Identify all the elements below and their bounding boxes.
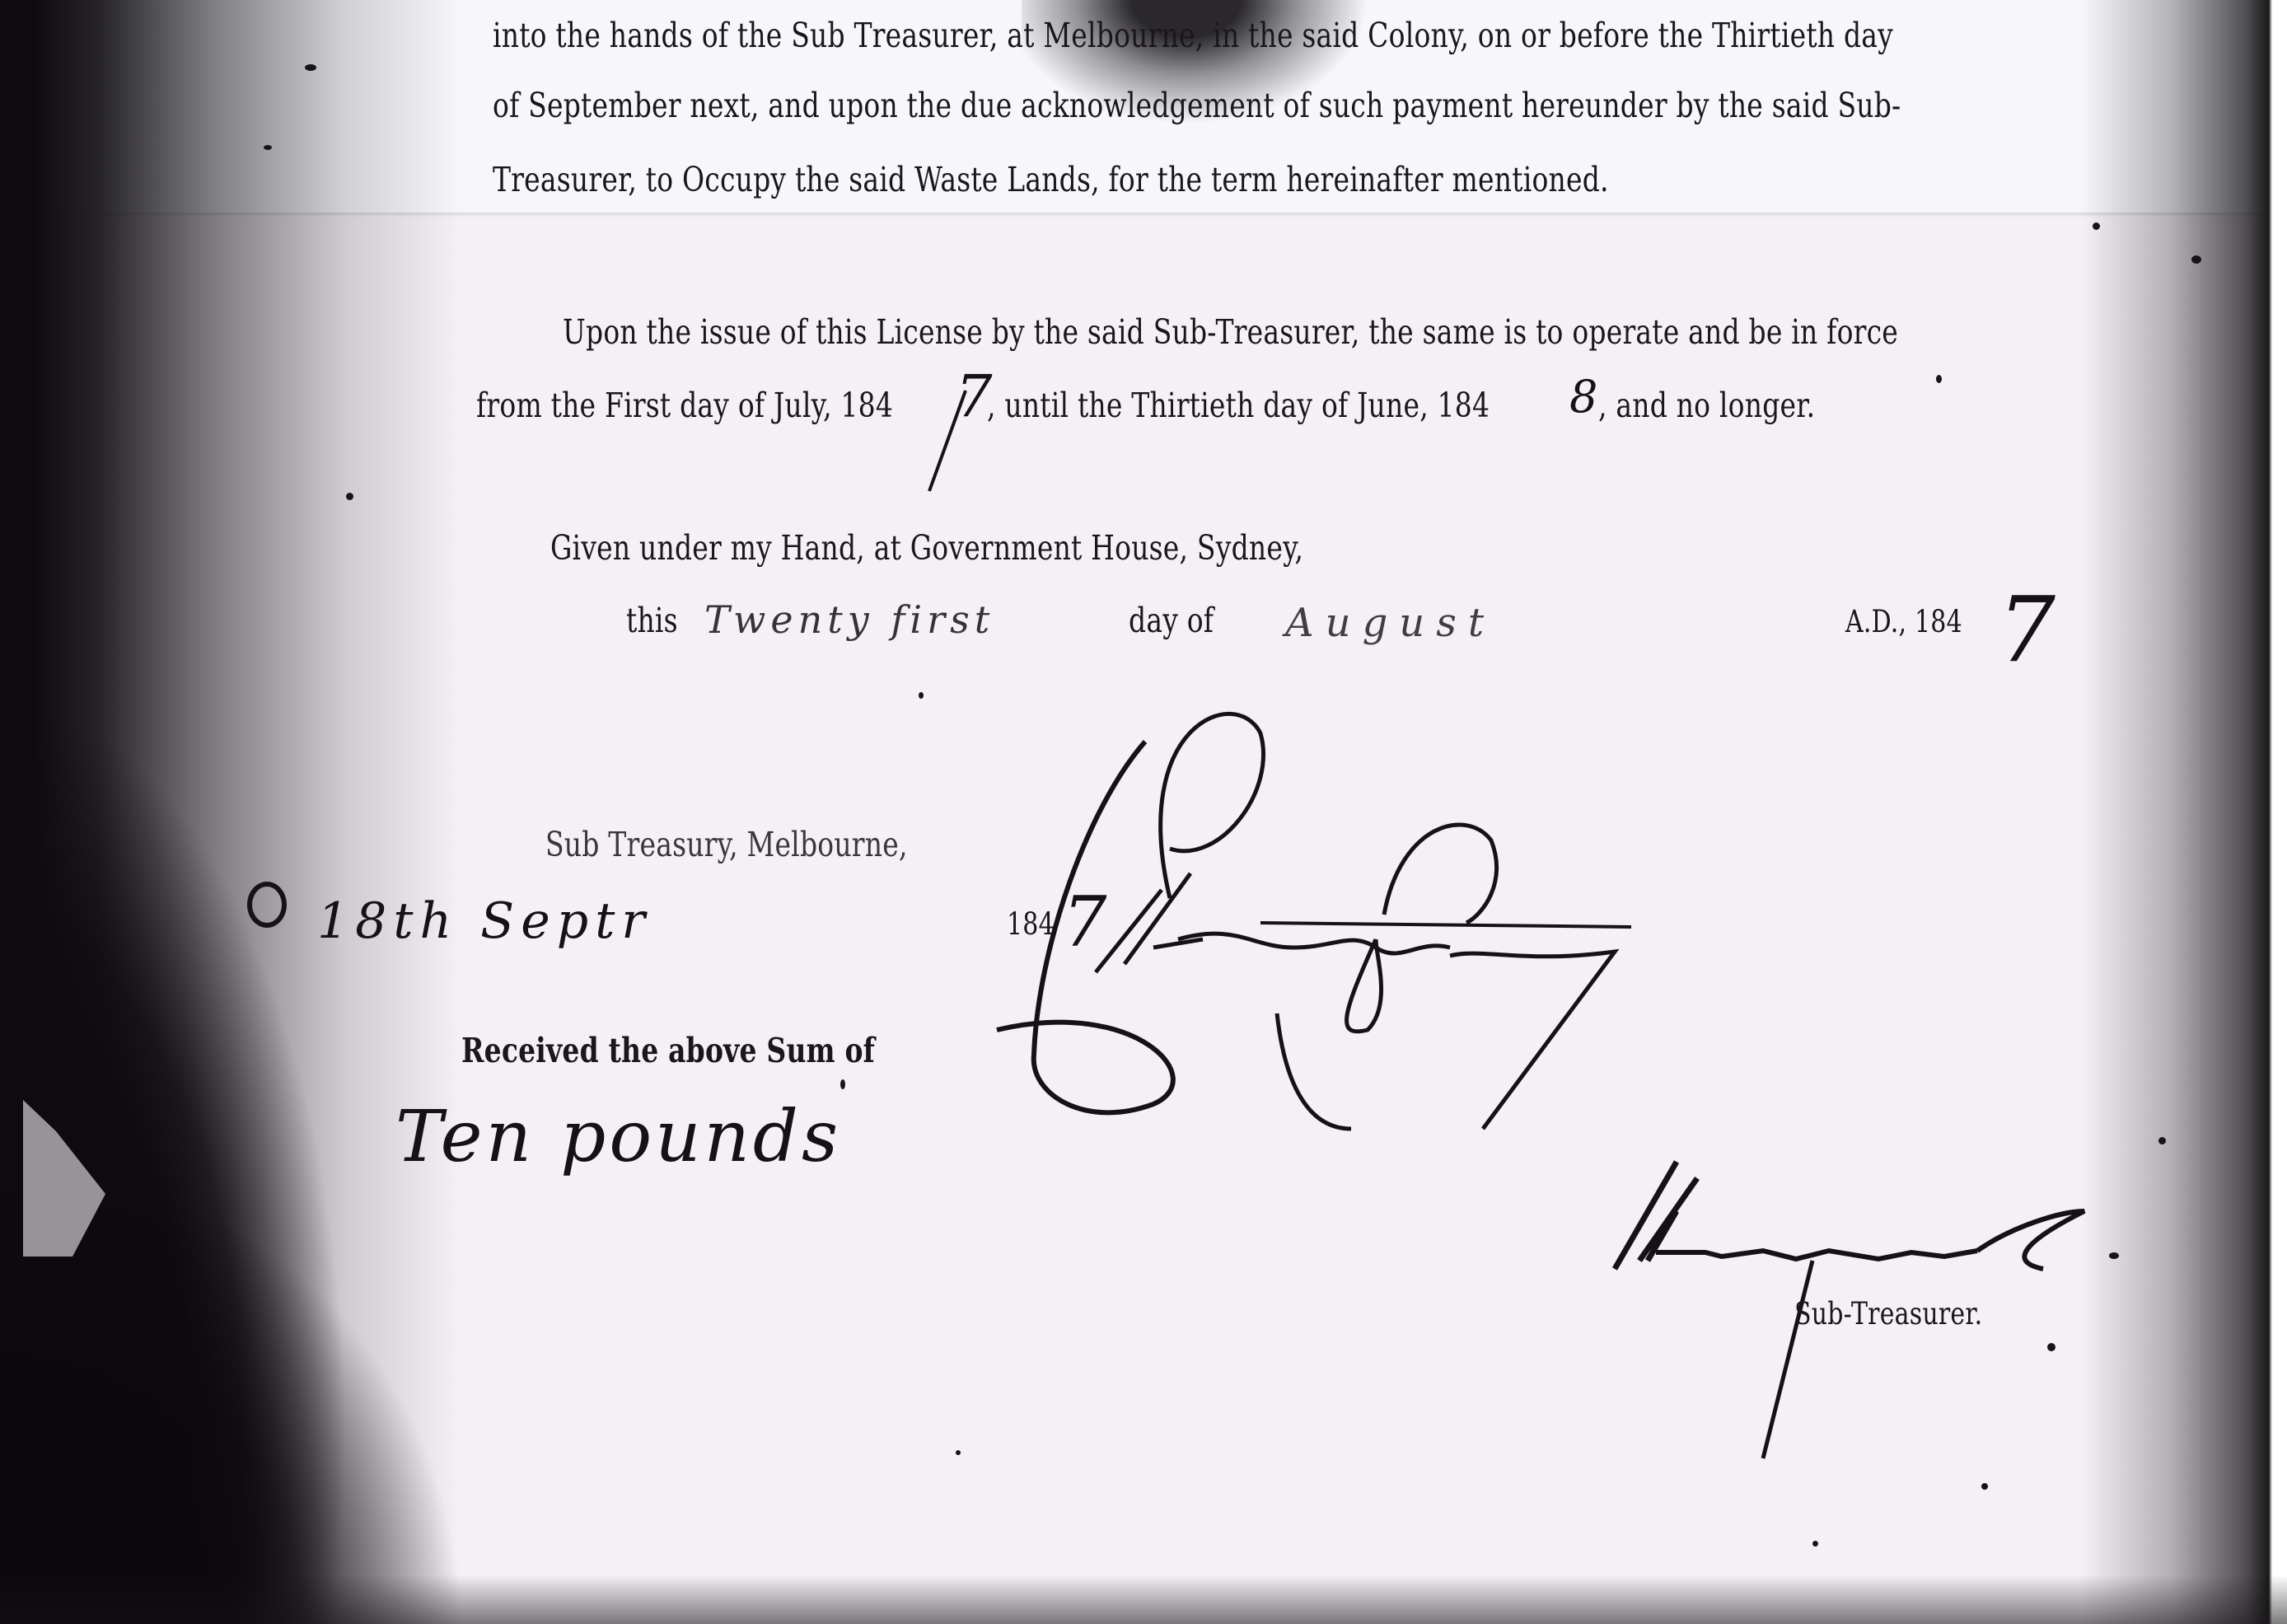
ink-speck — [840, 1079, 845, 1089]
given-under-line: Given under my Hand, at Government House… — [550, 527, 1303, 568]
document-page: into the hands of the Sub Treasurer, at … — [0, 0, 2287, 1624]
paragraph-1-line-1: into the hands of the Sub Treasurer, at … — [493, 15, 1893, 55]
paragraph-1-line-2: of September next, and upon the due ackn… — [493, 85, 1901, 125]
paragraph-2-line-2b: , until the Thirtieth day of June, 184 — [987, 385, 1490, 425]
scan-edge-bottom — [0, 1575, 2287, 1624]
ink-speck — [956, 1450, 961, 1455]
ink-speck — [1936, 375, 1942, 383]
ink-speck — [1812, 1541, 1818, 1547]
ink-speck — [2191, 255, 2201, 264]
received-sum-label: Received the above Sum of — [461, 1030, 875, 1070]
governor-signature: C. A. FitzRoy — [989, 700, 2224, 1162]
ad-label: A.D., 184 — [1845, 604, 1962, 640]
ink-speck — [919, 692, 924, 699]
this-label: this — [626, 600, 678, 640]
ink-speck — [1981, 1483, 1988, 1490]
handwritten-month: August — [1285, 600, 1495, 646]
handwritten-year-end: 8 — [1569, 371, 1597, 423]
year-stroke-mark — [923, 387, 972, 494]
paragraph-2-line-2a: from the First day of July, 184 — [476, 385, 893, 425]
handwritten-day: Twenty first — [704, 597, 994, 642]
ink-speck — [2093, 222, 2100, 230]
paragraph-2-line-1: Upon the issue of this License by the sa… — [563, 311, 1898, 352]
handwritten-ad-year: 7 — [1998, 577, 2055, 682]
ink-speck — [305, 64, 316, 71]
ink-speck — [264, 145, 272, 150]
paragraph-1-line-3: Treasurer, to Occupy the said Waste Land… — [493, 159, 1609, 199]
sub-treasury-heading: Sub Treasury, Melbourne, — [545, 824, 908, 864]
handwritten-amount: Ten pounds — [395, 1096, 841, 1178]
punch-hole-icon — [247, 882, 287, 928]
ink-speck — [346, 493, 353, 500]
handwritten-treasury-date: 18th Septr — [317, 892, 652, 950]
paragraph-2-line-2c: , and no longer. — [1598, 385, 1815, 425]
sub-treasurer-title: Sub-Treasurer. — [1794, 1296, 1982, 1332]
day-of-label: day of — [1129, 600, 1214, 640]
